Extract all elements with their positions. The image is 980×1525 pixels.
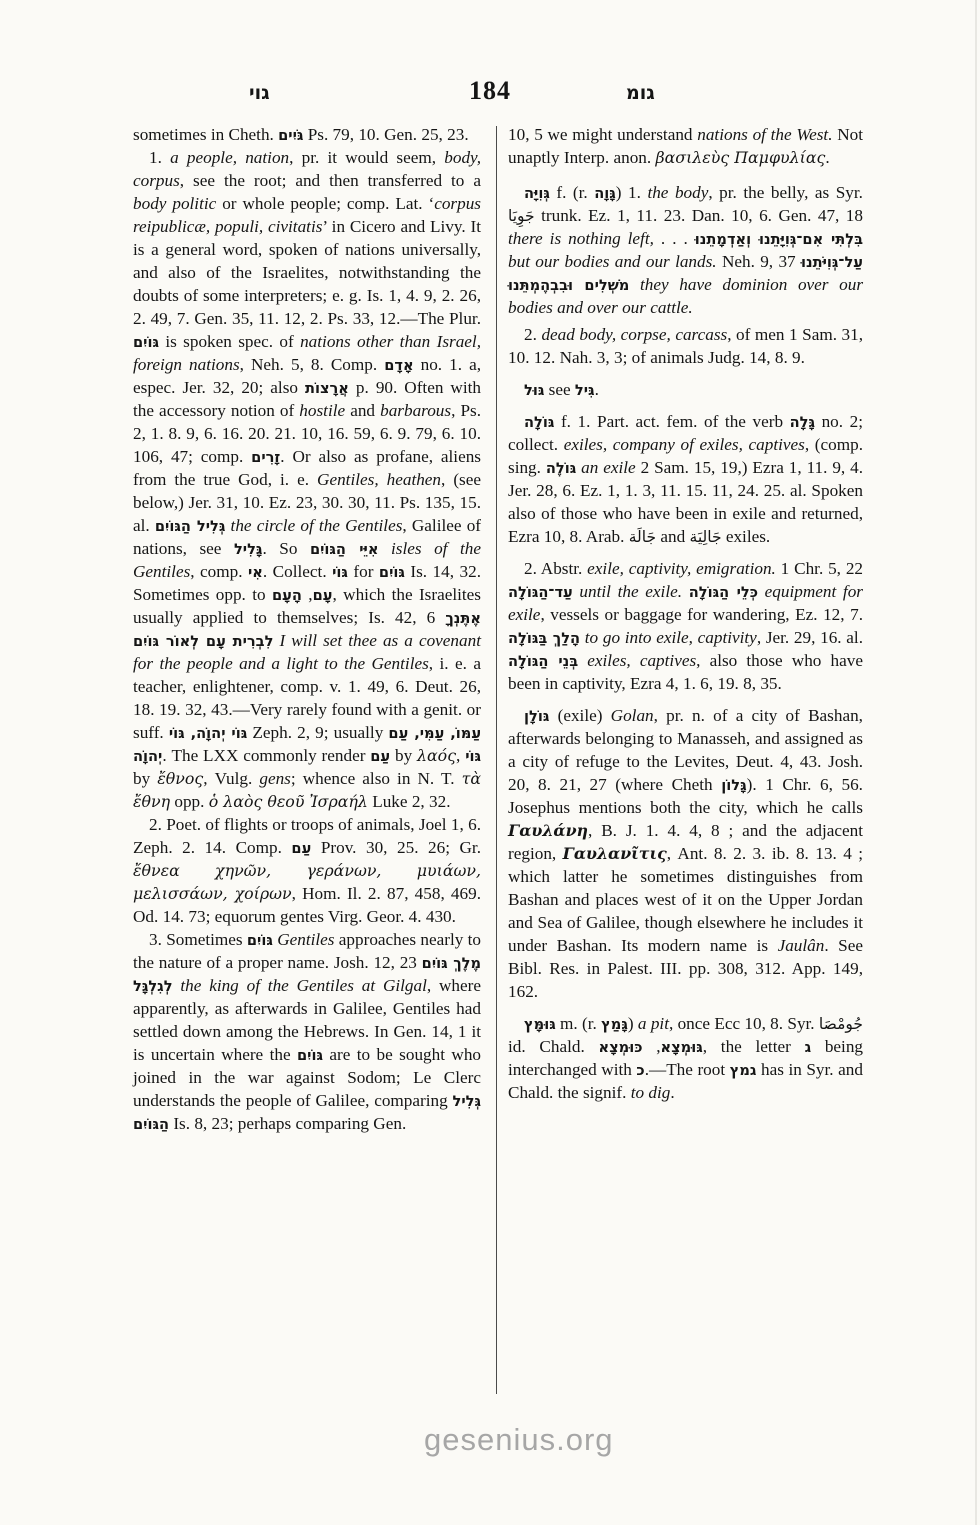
- hebrew-text: זָרִים: [251, 449, 280, 466]
- text-run: Neh. 9, 37: [717, 252, 801, 271]
- text-run: 10, 5 we might understand: [508, 125, 697, 144]
- italic-text: a pit: [638, 1014, 669, 1033]
- text-run: .: [670, 1083, 674, 1102]
- greek-text: Γαυλανῖτις: [563, 844, 667, 863]
- text-run: Prov. 30, 25. 26; Gr.: [311, 838, 481, 857]
- text-run: id. Chald.: [508, 1037, 598, 1056]
- page-number: 184: [0, 76, 980, 106]
- text-run: , once Ecc 10, 8. Syr.: [669, 1014, 819, 1033]
- text-run: .: [595, 380, 599, 399]
- hebrew-text: גּוֹיִם: [379, 564, 405, 581]
- italic-text: to go into exile, captivity: [580, 628, 757, 647]
- hebrew-text: גָּלִיל: [234, 541, 262, 558]
- italic-text: but our bodies and our lands.: [508, 252, 717, 271]
- hebrew-text: גּוּמְצָא: [661, 1039, 703, 1056]
- italic-text: exile, captivity, emigration.: [587, 559, 776, 578]
- italic-text: Gentiles: [273, 930, 335, 949]
- sense-2-abstr-paragraph: 2. Abstr. exile, captivity, emigration. …: [508, 557, 863, 695]
- italic-text: the body: [647, 183, 708, 202]
- left-column: sometimes in Cheth. גֹּיִים Ps. 79, 10. …: [133, 123, 481, 1135]
- text-run: or whole people; comp. Lat. ‘: [216, 194, 434, 213]
- italic-text: the king of the Gentiles at Gilgal: [173, 976, 427, 995]
- cross-reference-gul: גּוּל see גִּיל.: [508, 378, 863, 401]
- italic-text: the circle of the Gentiles: [225, 516, 402, 535]
- italic-text: Jaulân: [778, 936, 825, 955]
- text-run: by: [390, 746, 417, 765]
- semitic-script-text: جَوِيَا: [508, 207, 535, 225]
- semitic-script-text: جُومْصَا: [819, 1015, 863, 1033]
- hebrew-text: עָם: [313, 587, 333, 604]
- hebrew-text: עַד־הַגּוֹלָה: [508, 584, 573, 601]
- text-run: ,: [302, 585, 313, 604]
- header-catchword-right: גומ: [626, 82, 655, 104]
- hebrew-text: גּוֹי יְהוָֹה, גּוֹי: [169, 725, 247, 742]
- text-run: ; whence also in N. T.: [291, 769, 462, 788]
- hebrew-text: גָּוָה: [594, 185, 616, 202]
- greek-text: βασιλεὺς Παμφυλίας: [656, 148, 826, 167]
- right-column: 10, 5 we might understand nations of the…: [508, 123, 863, 1104]
- italic-text: hostile: [299, 401, 345, 420]
- sense-2-paragraph: 2. Poet. of flights or troops of animals…: [133, 813, 481, 928]
- text-run: ,: [456, 746, 465, 765]
- hebrew-text: גּוֹלָה: [524, 414, 554, 431]
- scanned-page: גוי 184 גומ sometimes in Cheth. גֹּיִים …: [0, 0, 980, 1525]
- text-run: , the letter: [703, 1037, 805, 1056]
- text-run: , Vulg.: [203, 769, 259, 788]
- hebrew-text: גְּלִיל הַגּוֹיִם: [155, 518, 225, 535]
- italic-text: an exile: [576, 458, 635, 477]
- entry-golan: גּוֹלָן (exile) Golan, pr. n. of a city …: [508, 704, 863, 1003]
- semitic-script-text: جَالِيَة: [690, 528, 722, 546]
- sense-2-paragraph: 2. dead body, corpse, carcass, of men 1 …: [508, 323, 863, 369]
- text-run: ): [628, 1014, 638, 1033]
- text-run: , pr. the belly, as Syr.: [708, 183, 863, 202]
- text-run: .: [825, 148, 829, 167]
- italic-text: a people, nation: [170, 148, 289, 167]
- hebrew-text: בִּלְתִּי אִם־גְּוִיָּתֵנוּ וְאַדְמָתֵנו…: [695, 231, 863, 248]
- hebrew-text: גֹּיִים: [278, 127, 303, 144]
- hebrew-text: גָּלוֹן: [721, 777, 746, 794]
- text-run: 2.: [524, 325, 541, 344]
- italic-text: Gentiles, heathen: [317, 470, 441, 489]
- text-run: Luke 2, 32.: [368, 792, 451, 811]
- text-run: trunk. Ez. 1, 11. 23. Dan. 10, 6. Gen. 4…: [535, 206, 863, 225]
- hebrew-text: גּוֹי: [465, 748, 481, 765]
- text-run: 3. Sometimes: [149, 930, 247, 949]
- italic-text: gens: [259, 769, 291, 788]
- italic-text: exiles, company of exiles, captives: [564, 435, 805, 454]
- text-run: sometimes in Cheth.: [133, 125, 278, 144]
- hebrew-text: כּוּמְצָא: [598, 1039, 642, 1056]
- text-run: , see the root; and then transferred to …: [180, 171, 481, 190]
- hebrew-text: גָּלָה: [790, 414, 815, 431]
- text-run: . So: [262, 539, 310, 558]
- text-run: .—The root: [645, 1060, 730, 1079]
- hebrew-text: אִי: [248, 564, 263, 581]
- text-run: is spoken spec. of: [159, 332, 300, 351]
- text-run: 1.: [149, 148, 170, 167]
- hebrew-text: גּוֹלֶה: [546, 460, 576, 477]
- text-run: , pr. it would seem,: [289, 148, 444, 167]
- text-run: opp.: [170, 792, 209, 811]
- text-run: ,: [642, 1037, 660, 1056]
- text-run: Zeph. 2, 9; usually: [247, 723, 388, 742]
- hebrew-text: הָלַךְ בַּגּוֹלָה: [508, 630, 580, 647]
- text-run: by: [133, 769, 157, 788]
- text-run: and: [345, 401, 380, 420]
- text-run: 1 Chr. 5, 22: [776, 559, 863, 578]
- text-run: , Neh. 5, 8. Comp.: [240, 355, 385, 374]
- hebrew-text: גּוֹיִם: [297, 1047, 323, 1064]
- scan-edge-artifact: [975, 0, 977, 1525]
- hebrew-text: אִיֵּי הַגּוֹיִם: [310, 541, 379, 558]
- italic-text: barbarous: [380, 401, 451, 420]
- hebrew-text: כ: [636, 1062, 644, 1079]
- text-run: 2. Abstr.: [524, 559, 587, 578]
- greek-text: ὁ λαὸς θεοῦ Ἰσραήλ: [209, 792, 368, 811]
- italic-text: nations of the West.: [697, 125, 832, 144]
- entry-gummats: גּוּמָּץ m. (r. גָּמַץ) a pit, once Ecc …: [508, 1012, 863, 1104]
- hebrew-text: עַם: [291, 840, 311, 857]
- hebrew-text: אֲרָצוֹת: [305, 380, 349, 397]
- sense-3-paragraph: 3. Sometimes גּוֹיִם Gentiles approaches…: [133, 928, 481, 1135]
- entry-golah: גּוֹלָה f. 1. Part. act. fem. of the ver…: [508, 410, 863, 548]
- text-run: f. (r.: [550, 183, 594, 202]
- hebrew-text: אָדָם: [384, 357, 413, 374]
- greek-text: ἔθνος: [157, 769, 203, 788]
- greek-text: λαός: [417, 746, 456, 765]
- italic-text: to dig: [631, 1083, 671, 1102]
- italic-text: until the exile.: [573, 582, 682, 601]
- hebrew-text: עַם: [370, 748, 390, 765]
- italic-text: exiles, captives: [578, 651, 696, 670]
- hebrew-text: גָּמַץ: [601, 1016, 628, 1033]
- entry-geviyyah: גְּוִיָּה f. (r. גָּוָה) 1. the body, pr…: [508, 181, 863, 319]
- hebrew-text: הָעָם: [272, 587, 302, 604]
- hebrew-text: בְּנֵי הַגּוֹלָה: [508, 653, 578, 670]
- hebrew-text: כְּלֵי הַגּוֹלָה: [689, 584, 758, 601]
- text-run: . . .: [654, 229, 695, 248]
- text-run: [682, 582, 689, 601]
- greek-text: Γαυλάνη: [508, 821, 588, 840]
- text-run: Is. 8, 23; perhaps comparing Gen.: [169, 1114, 406, 1133]
- semitic-script-text: جَالَة: [629, 528, 656, 546]
- column-divider-rule: [496, 126, 497, 1394]
- continuation-paragraph: sometimes in Cheth. גֹּיִים Ps. 79, 10. …: [133, 123, 481, 146]
- italic-text: body politic: [133, 194, 216, 213]
- watermark: gesenius.org: [424, 1422, 614, 1458]
- text-run: . The LXX commonly render: [162, 746, 370, 765]
- text-run: , comp.: [190, 562, 248, 581]
- hebrew-text: גִּיל: [575, 382, 595, 399]
- hebrew-text: גּוֹיִם: [247, 932, 273, 949]
- text-run: see: [544, 380, 575, 399]
- text-run: m. (r.: [556, 1014, 601, 1033]
- hebrew-text: גּוֹיִם: [133, 334, 159, 351]
- hebrew-text: גּוֹלָן: [524, 708, 549, 725]
- hebrew-text: גְּוִיָּה: [524, 185, 550, 202]
- continuation-paragraph: 10, 5 we might understand nations of the…: [508, 123, 863, 169]
- text-run: , vessels or baggage for wandering, Ez. …: [540, 605, 863, 624]
- text-run: Ps. 79, 10. Gen. 25, 23.: [303, 125, 468, 144]
- text-run: ) 1.: [616, 183, 648, 202]
- italic-text: there is nothing left,: [508, 229, 654, 248]
- text-run: . Collect.: [263, 562, 332, 581]
- hebrew-text: גמץ: [730, 1062, 757, 1079]
- hebrew-text: גּוֹי: [332, 564, 348, 581]
- text-run: (exile): [549, 706, 610, 725]
- text-run: , Jer. 29, 16. al.: [757, 628, 863, 647]
- text-run: f. 1. Part. act. fem. of the verb: [554, 412, 789, 431]
- italic-text: Golan: [611, 706, 654, 725]
- italic-text: dead body, corpse, carcass: [541, 325, 727, 344]
- hebrew-text: גּוּמָּץ: [524, 1016, 556, 1033]
- hebrew-text: גּוּל: [524, 382, 544, 399]
- text-run: and: [656, 527, 689, 546]
- text-run: exiles.: [722, 527, 771, 546]
- text-run: for: [348, 562, 379, 581]
- sense-1-paragraph: 1. a people, nation, pr. it would seem, …: [133, 146, 481, 813]
